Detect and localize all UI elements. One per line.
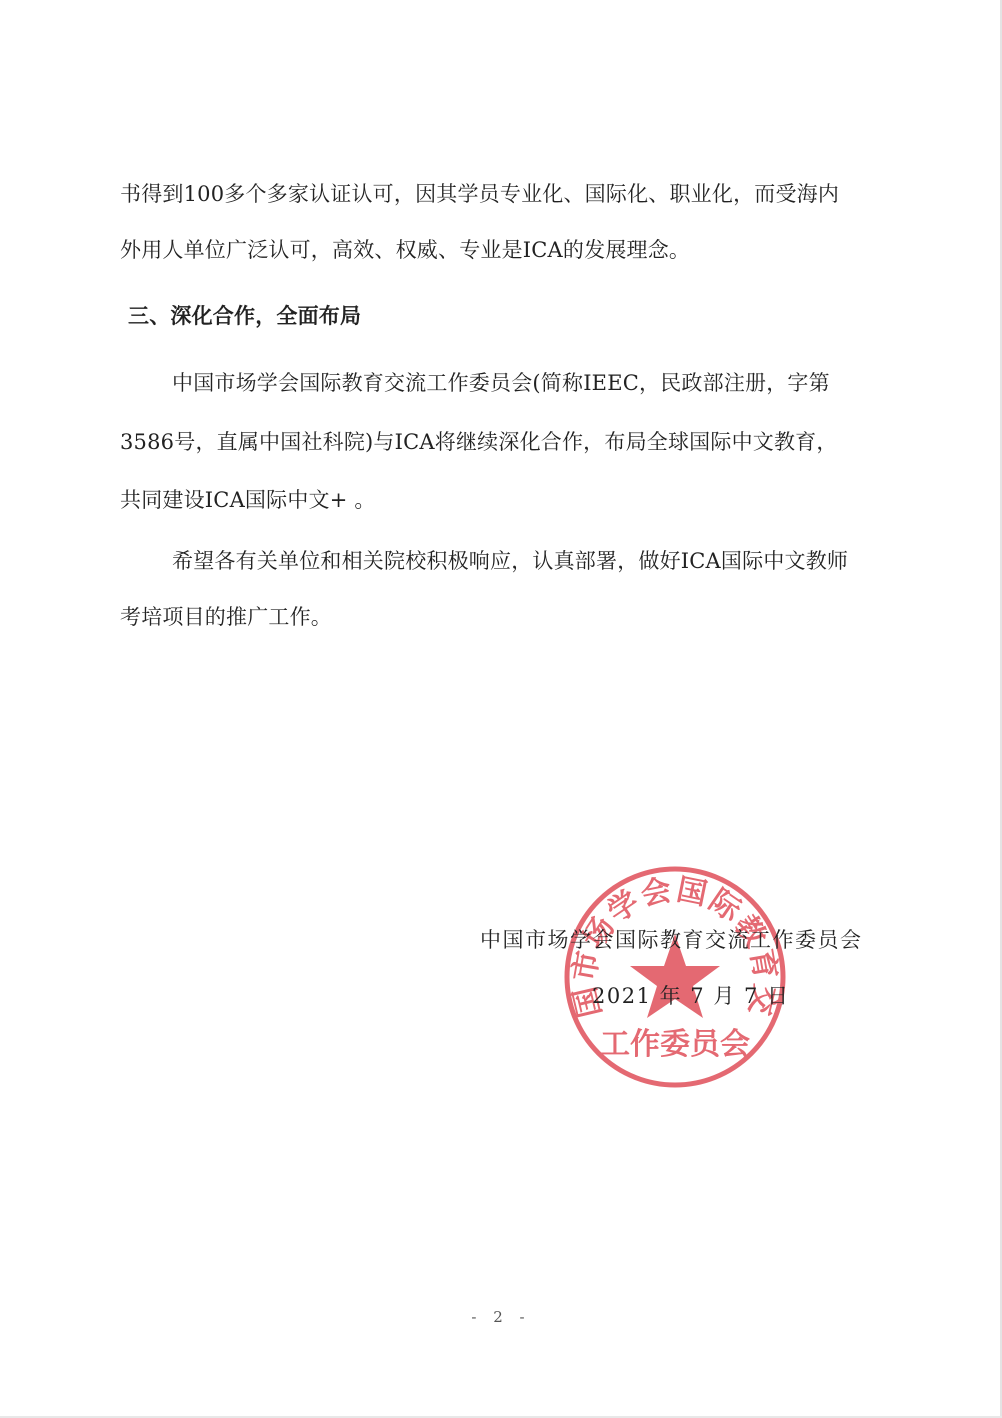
body-text-line: 书得到100多个多家认证认可，因其学员专业化、国际化、职业化，而受海内 (120, 180, 839, 208)
body-text-line: 希望各有关单位和相关院校积极响应，认真部署，做好ICA国际中文教师 (172, 547, 848, 575)
body-text-line: 外用人单位广泛认可，高效、权威、专业是ICA的发展理念。 (120, 236, 690, 264)
body-text-line: 3586号，直属中国社科院)与ICA将继续深化合作，布局全球国际中文教育， (120, 428, 838, 456)
section-heading: 三、深化合作，全面布局 (128, 302, 361, 330)
stamp-bottom-text: 工作委员会 (600, 1027, 750, 1062)
page-number: - 2 - (0, 1308, 1002, 1326)
signature-date: 2021 年 7 月 7 日 (592, 982, 790, 1010)
body-text-line: 共同建设ICA国际中文+ 。 (120, 486, 376, 514)
official-seal-stamp: 中国市场学会国际教育交流 工作委员会 (560, 862, 790, 1092)
body-text-line: 中国市场学会国际教育交流工作委员会(简称IEEC，民政部注册，字第 (172, 369, 830, 397)
body-text-line: 考培项目的推广工作。 (120, 603, 332, 631)
signature-organization: 中国市场学会国际教育交流工作委员会 (480, 926, 863, 954)
